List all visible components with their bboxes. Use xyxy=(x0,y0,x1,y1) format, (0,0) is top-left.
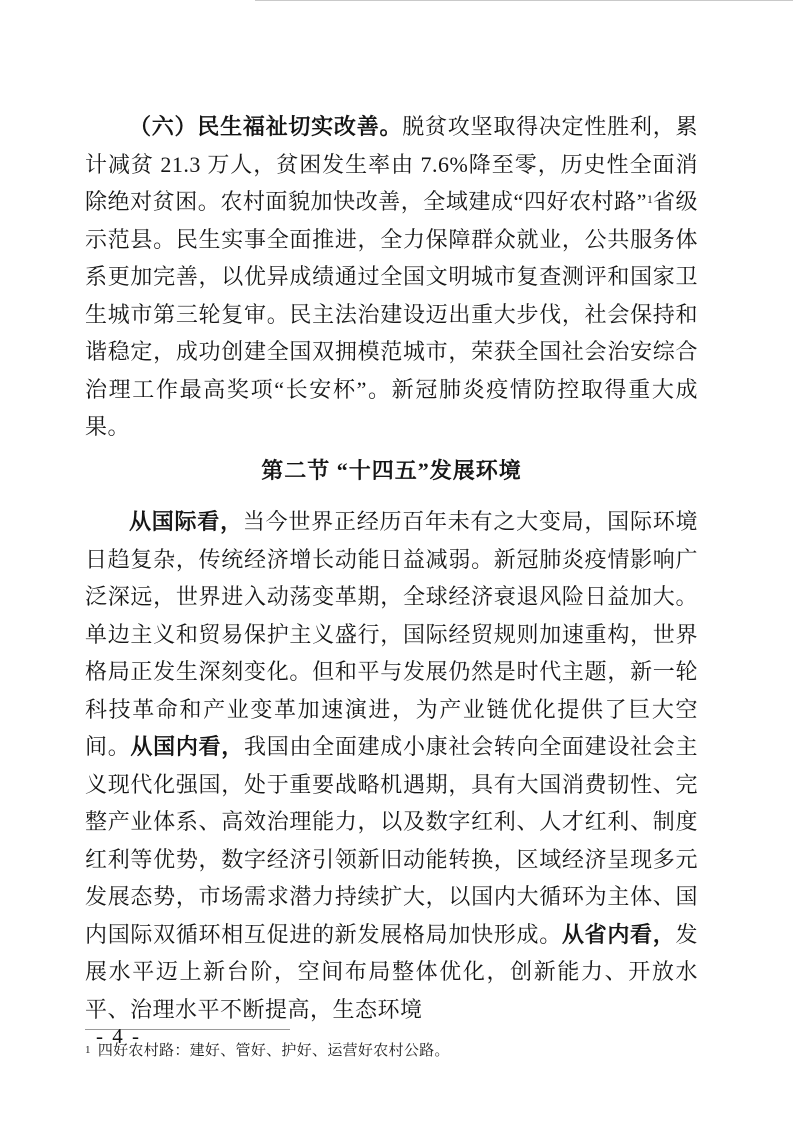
paragraph-development-environment: 从国际看，当今世界正经历百年未有之大变局，国际环境日趋复杂，传统经济增长动能日益… xyxy=(85,503,698,1028)
paragraph-livelihood-improvement: （六）民生福祉切实改善。脱贫攻坚取得决定性胜利，累计减贫 21.3 万人，贫困发… xyxy=(85,108,698,446)
footnote-marker: 1 xyxy=(85,1044,91,1056)
page-number: - 4 - xyxy=(96,1024,141,1049)
document-page: （六）民生福祉切实改善。脱贫攻坚取得决定性胜利，累计减贫 21.3 万人，贫困发… xyxy=(0,0,793,1122)
section-heading: 第二节 “十四五”发展环境 xyxy=(85,452,698,490)
text-block: （六）民生福祉切实改善。脱贫攻坚取得决定性胜利，累计减贫 21.3 万人，贫困发… xyxy=(85,108,698,1063)
footnote: 1四好农村路：建好、管好、护好、运营好农村公路。 xyxy=(85,1038,698,1063)
footnote-text: 四好农村路：建好、管好、护好、运营好农村公路。 xyxy=(98,1043,450,1059)
scan-edge-artifact xyxy=(255,0,793,1)
